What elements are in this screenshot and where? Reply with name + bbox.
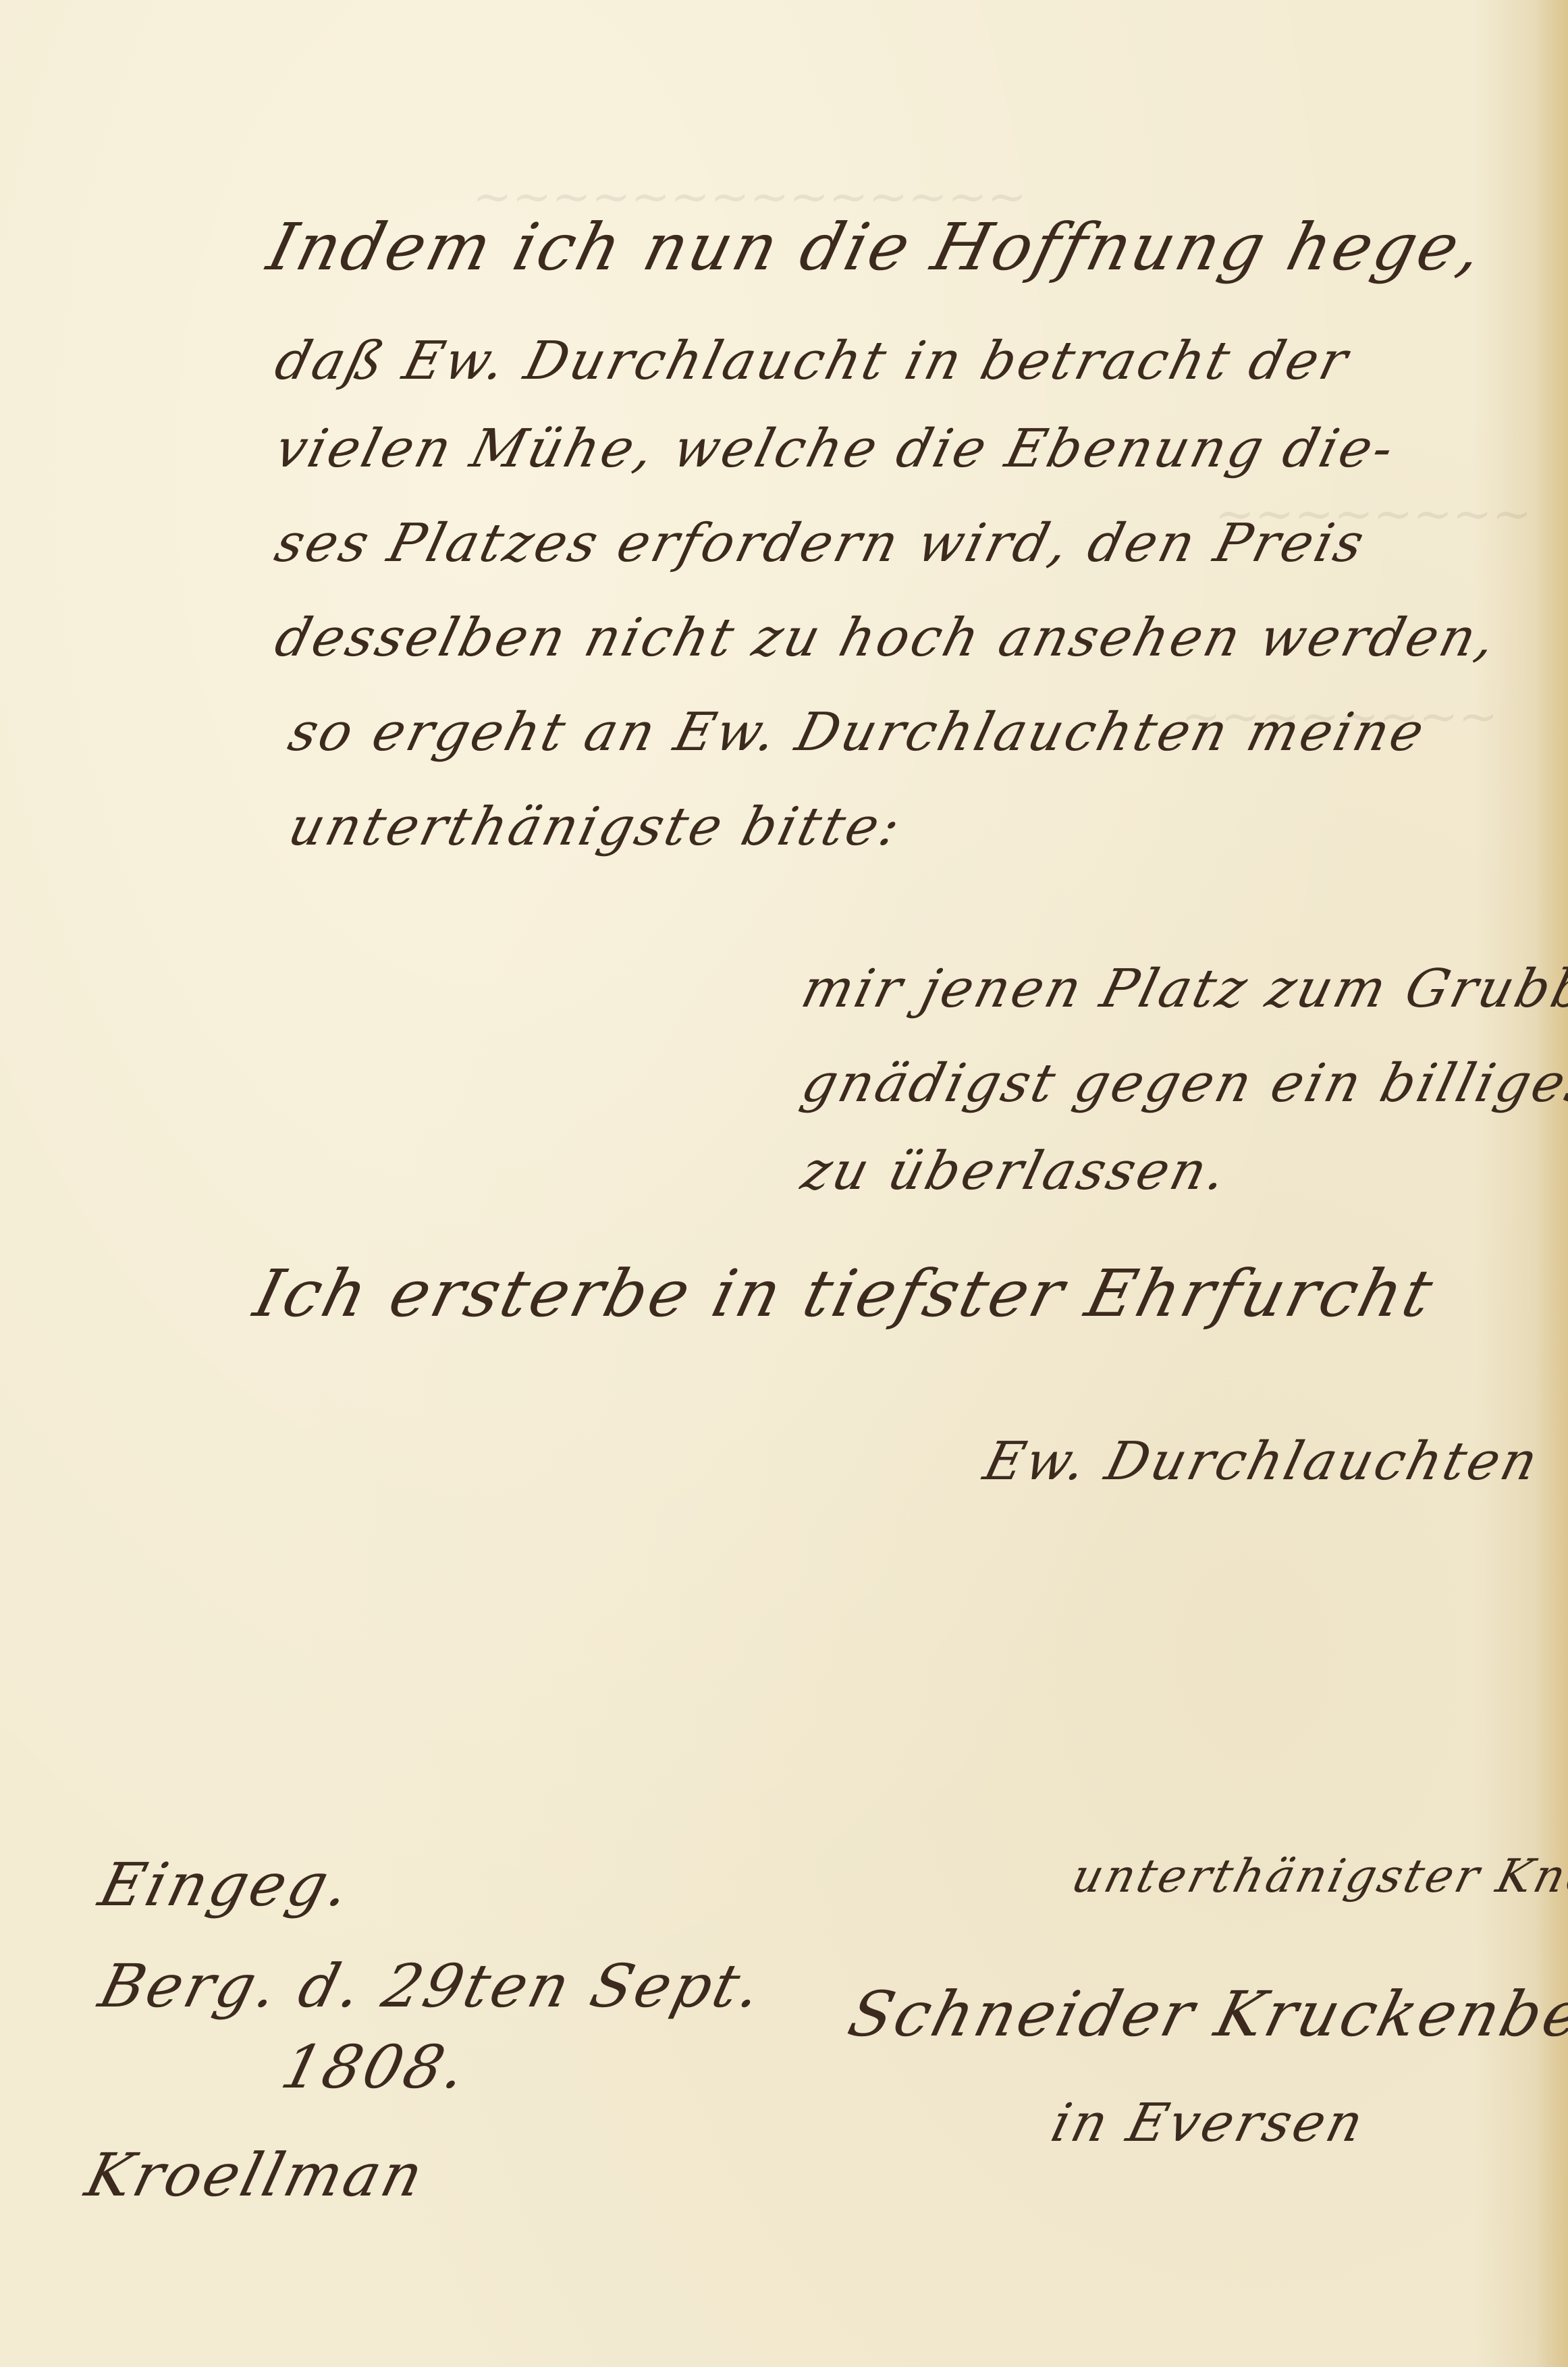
body-line-7: unterthänigste bitte: <box>283 797 909 857</box>
body-line-4: ses Platzes erfordern wird, den Preis <box>269 513 1372 574</box>
body-line-5: desselben nicht zu hoch ansehen werden, <box>269 608 1505 668</box>
body-line-2: daß Ew. Durchlaucht in betracht der <box>269 331 1356 392</box>
signature-name: Schneider Kruckenberg <box>842 1978 1568 2050</box>
annotation-signature: Kroellman <box>79 2140 432 2210</box>
request-line-1: mir jenen Platz zum Grubbend <box>796 959 1568 1019</box>
signature-place: in Eversen <box>1046 2093 1372 2154</box>
signature-formula: unterthänigster Knecht <box>1066 1850 1568 1903</box>
address-line: Ew. Durchlauchten <box>978 1431 1546 1492</box>
request-line-2: gnädigst gegen ein billiges <box>796 1053 1568 1114</box>
annotation-date: Berg. d. 29ten Sept. <box>92 1951 771 2021</box>
body-line-6: so ergeht an Ew. Durchlauchten meine <box>283 702 1432 763</box>
annotation-year: 1808. <box>275 2032 476 2102</box>
body-line-1: Indem ich nun die Hoffnung hege, <box>261 209 1492 285</box>
request-line-3: zu überlassen. <box>796 1141 1235 1202</box>
manuscript-page: ~~~~~~~~~~~~~~ ~~~~~~~~ ~~~~~~~~ Indem i… <box>0 0 1568 2367</box>
body-line-3: vielen Mühe, welche die Ebenung die- <box>269 419 1402 479</box>
annotation-received: Eingeg. <box>92 1850 359 1919</box>
closing-line: Ich ersterbe in tiefster Ehrfurcht <box>247 1256 1442 1331</box>
